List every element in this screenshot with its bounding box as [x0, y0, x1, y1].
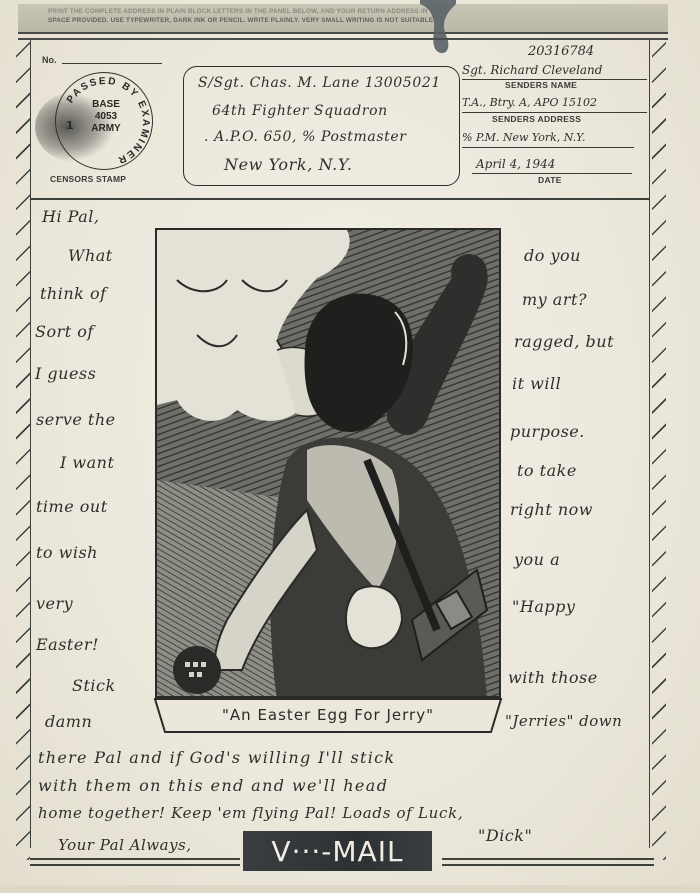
letter-right-line-9: "Happy	[512, 597, 575, 616]
letter-salutation: Hi Pal,	[42, 207, 99, 226]
censor-stamp: PASSED BY EXAMINER BASE 4053 ARMY 1	[55, 72, 153, 170]
instruction-strip: Print the complete address in plain bloc…	[18, 4, 668, 34]
letter-right-line-11: "Jerries" down	[505, 712, 622, 730]
letter-right-line-5: purpose.	[510, 422, 585, 441]
easter-egg-illustration	[155, 228, 501, 698]
stamp-line-army: ARMY	[81, 123, 131, 135]
illustration-caption-box: "An Easter Egg For Jerry"	[153, 698, 503, 734]
number-field-line	[62, 63, 162, 64]
letter-right-line-6: to take	[517, 461, 577, 480]
letter-right-line-8: you a	[514, 550, 560, 569]
letter-right-line-10: with those	[508, 668, 598, 687]
letter-closing: Your Pal Always,	[58, 836, 192, 854]
letter-right-line-7: right now	[510, 500, 593, 519]
letter-left-line-9: very	[36, 594, 73, 613]
letter-right-line-4: it will	[512, 374, 561, 393]
stamp-line-number: 4053	[81, 111, 131, 123]
instruction-line-2: space provided. Use typewriter, dark ink…	[48, 17, 648, 24]
left-hatched-border	[16, 40, 30, 860]
letter-full-line-3: home together! Keep 'em flying Pal! Load…	[38, 804, 463, 822]
letter-right-line-1: do you	[524, 246, 581, 265]
sender-address-line-1: T.A., Btry. A, APO 15102	[462, 96, 637, 109]
letter-full-line-2: with them on this end and we'll head	[38, 776, 388, 795]
instruction-line-1: Print the complete address in plain bloc…	[48, 8, 648, 15]
sender-address-rule-2	[462, 147, 634, 148]
sender-name-value: Sgt. Richard Cleveland	[462, 63, 637, 77]
sender-address-line-2: % P.M. New York, N.Y.	[462, 131, 637, 144]
illustration-caption: "An Easter Egg For Jerry"	[153, 706, 503, 724]
sender-date-rule	[472, 173, 632, 174]
vmail-badge: V···-MAIL	[243, 831, 432, 871]
vmail-sheet: Print the complete address in plain bloc…	[0, 0, 700, 893]
letter-left-line-1: What	[68, 246, 113, 265]
letter-right-line-3: ragged, but	[514, 332, 614, 351]
letter-left-line-2: think of	[40, 284, 107, 303]
letter-left-line-6: I want	[60, 453, 114, 472]
footer-rule-left-2	[30, 864, 240, 866]
letter-left-line-8: to wish	[36, 543, 98, 562]
sender-date-value: April 4, 1944	[476, 157, 651, 171]
number-label: No.	[42, 55, 57, 65]
page-bottom-edge	[0, 885, 700, 893]
stamp-line-base: BASE	[81, 99, 131, 111]
recipient-line-2: 64th Fighter Squadron	[212, 103, 388, 119]
letter-right-line-2: my art?	[522, 290, 587, 309]
soldier-drawing	[157, 230, 501, 698]
letter-left-line-12: damn	[45, 712, 92, 731]
letter-left-line-5: serve the	[36, 410, 116, 429]
letter-left-line-3: Sort of	[35, 322, 94, 341]
stamp-center-text: BASE 4053 ARMY	[81, 99, 131, 135]
sender-address-label: SENDERS ADDRESS	[492, 114, 581, 124]
letter-left-line-4: I guess	[35, 364, 96, 383]
recipient-line-4: New York, N.Y.	[224, 155, 353, 174]
header-bottom-rule	[30, 198, 650, 200]
footer-rule-right-2	[442, 864, 654, 866]
letter-left-line-7: time out	[36, 497, 108, 516]
sender-serial: 20316784	[528, 44, 700, 59]
letter-full-line-1: there Pal and if God's willing I'll stic…	[38, 748, 395, 767]
censor-stamp-label: CENSORS STAMP	[50, 174, 126, 184]
sender-name-label: SENDERS NAME	[505, 80, 577, 90]
sender-address-rule	[462, 112, 647, 113]
sender-date-label: DATE	[538, 175, 562, 185]
recipient-line-1: S/Sgt. Chas. M. Lane 13005021	[198, 75, 441, 91]
footer-rule-right	[442, 858, 654, 860]
recipient-line-3: . A.P.O. 650, % Postmaster	[204, 129, 407, 145]
recipient-address-box: S/Sgt. Chas. M. Lane 13005021 64th Fight…	[183, 66, 460, 186]
footer-rule-left	[30, 858, 240, 860]
stamp-side-mark: 1	[66, 119, 74, 132]
right-hatched-border	[652, 40, 666, 860]
letter-signature: "Dick"	[478, 826, 532, 845]
letter-left-line-10: Easter!	[36, 635, 99, 654]
letter-left-line-11: Stick	[72, 676, 116, 695]
